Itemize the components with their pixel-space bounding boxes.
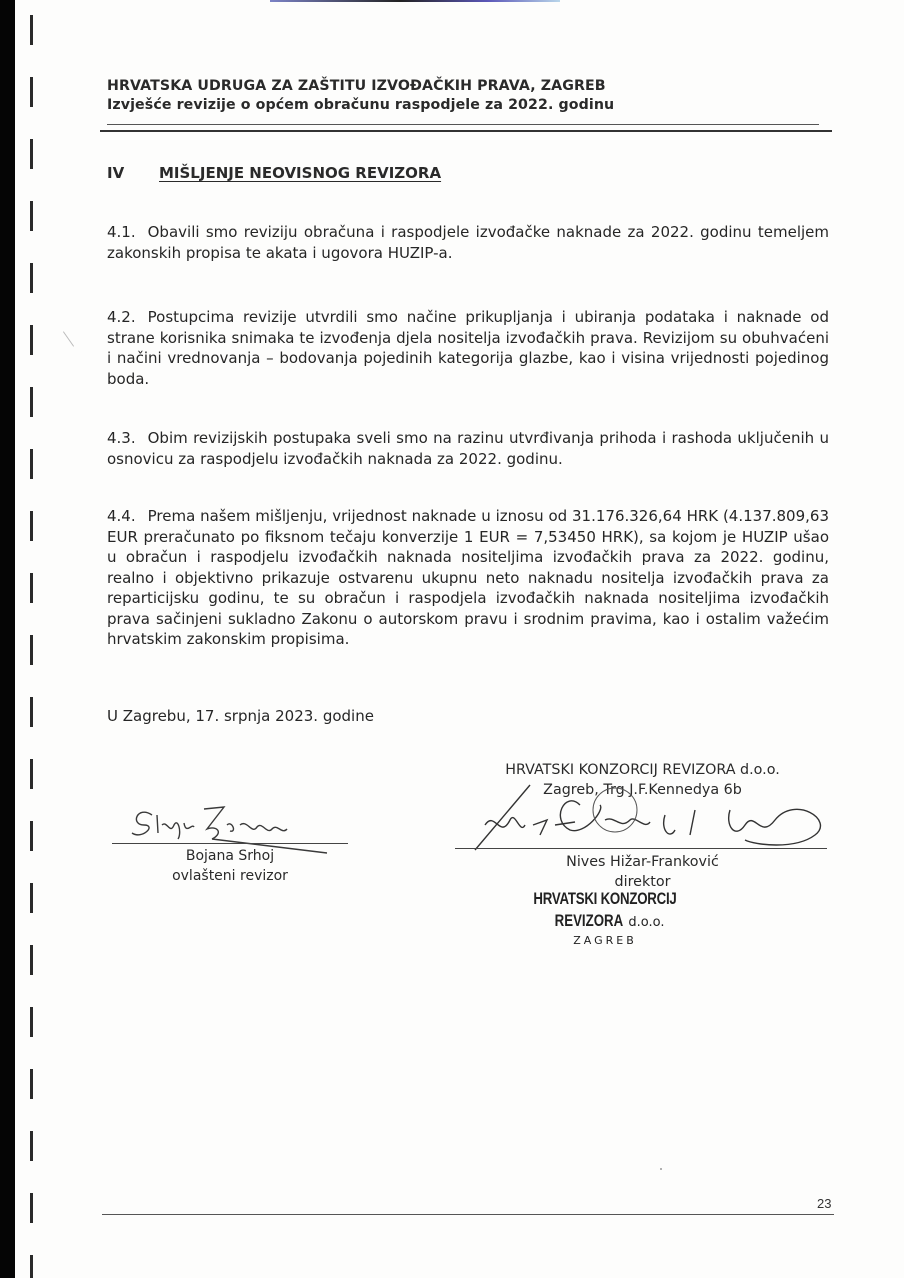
- director-name: Nives Hižar-Franković: [455, 852, 830, 872]
- paragraph-text: Obavili smo reviziju obračuna i raspodje…: [107, 223, 829, 262]
- paragraph-text: Postupcima revizije utvrdili smo načine …: [107, 308, 829, 388]
- binder-mark: [30, 821, 33, 851]
- paragraph-4-3: 4.3.Obim revizijskih postupaka sveli smo…: [107, 428, 829, 469]
- stamp-line-2-bold: REVIZORA: [555, 910, 624, 932]
- binder-mark: [30, 945, 33, 975]
- binder-mark: [30, 1255, 33, 1278]
- binder-mark: [30, 697, 33, 727]
- page-number: 23: [817, 1196, 831, 1211]
- paragraph-text: Obim revizijskih postupaka sveli smo na …: [107, 429, 829, 468]
- stamp-line-2-small: d.o.o.: [628, 915, 664, 930]
- paragraph-number: 4.4.: [107, 507, 136, 525]
- paragraph-number: 4.2.: [107, 308, 136, 326]
- binder-mark: [30, 635, 33, 665]
- footer-rule: [102, 1214, 834, 1215]
- auditor-name: Bojana Srhoj: [112, 846, 348, 866]
- binder-mark: [30, 1007, 33, 1037]
- binder-mark: [30, 449, 33, 479]
- binder-mark: [30, 1193, 33, 1223]
- paragraph-4-4: 4.4.Prema našem mišljenju, vrijednost na…: [107, 506, 829, 650]
- scan-artifact-top: [270, 0, 560, 2]
- binder-mark: [30, 759, 33, 789]
- header-organization: HRVATSKA UDRUGA ZA ZAŠTITU IZVOĐAČKIH PR…: [107, 77, 837, 96]
- binder-mark: [30, 77, 33, 107]
- binder-mark: [30, 1131, 33, 1161]
- stamp-line-3: ZAGREB: [505, 934, 705, 948]
- company-name: HRVATSKI KONZORCIJ REVIZORA d.o.o.: [455, 760, 830, 780]
- binder-mark: [30, 263, 33, 293]
- signature-line: [112, 843, 348, 844]
- binder-mark: [30, 15, 33, 45]
- scan-artifact-dot: [660, 1168, 662, 1170]
- binder-mark: [30, 573, 33, 603]
- signature-line: [455, 848, 827, 849]
- document-header: HRVATSKA UDRUGA ZA ZAŠTITU IZVOĐAČKIH PR…: [107, 77, 837, 115]
- binder-mark: [30, 387, 33, 417]
- binder-mark: [30, 883, 33, 913]
- binder-mark: [30, 201, 33, 231]
- header-rule-thick: [100, 130, 832, 132]
- place-and-date: U Zagrebu, 17. srpnja 2023. godine: [107, 707, 374, 725]
- company-stamp: HRVATSKI KONZORCIJ REVIZORA d.o.o. ZAGRE…: [505, 888, 705, 948]
- paragraph-text: Prema našem mišljenju, vrijednost naknad…: [107, 507, 829, 648]
- stamp-line-1: HRVATSKI KONZORCIJ: [527, 888, 683, 910]
- scan-artifact-mark: [63, 331, 74, 346]
- section-title: MIŠLJENJE NEOVISNOG REVIZORA: [159, 164, 441, 182]
- binder-mark: [30, 325, 33, 355]
- paragraph-number: 4.1.: [107, 223, 136, 241]
- binder-mark: [30, 139, 33, 169]
- section-heading: IVMIŠLJENJE NEOVISNOG REVIZORA: [107, 164, 441, 182]
- binder-mark: [30, 1069, 33, 1099]
- handwritten-signature-icon: [455, 780, 830, 855]
- paragraph-4-1: 4.1.Obavili smo reviziju obračuna i rasp…: [107, 222, 829, 263]
- stamp-line-2: REVIZORA d.o.o.: [505, 910, 705, 934]
- binder-marks: [30, 0, 33, 1278]
- header-rule-thin: [107, 124, 819, 125]
- scan-binding-edge: [0, 0, 15, 1278]
- auditor-role: ovlašteni revizor: [112, 866, 348, 886]
- binder-mark: [30, 511, 33, 541]
- paragraph-number: 4.3.: [107, 429, 136, 447]
- section-number: IV: [107, 164, 159, 182]
- header-report-title: Izvješće revizije o općem obračunu raspo…: [107, 96, 837, 115]
- paragraph-4-2: 4.2.Postupcima revizije utvrdili smo nač…: [107, 307, 829, 389]
